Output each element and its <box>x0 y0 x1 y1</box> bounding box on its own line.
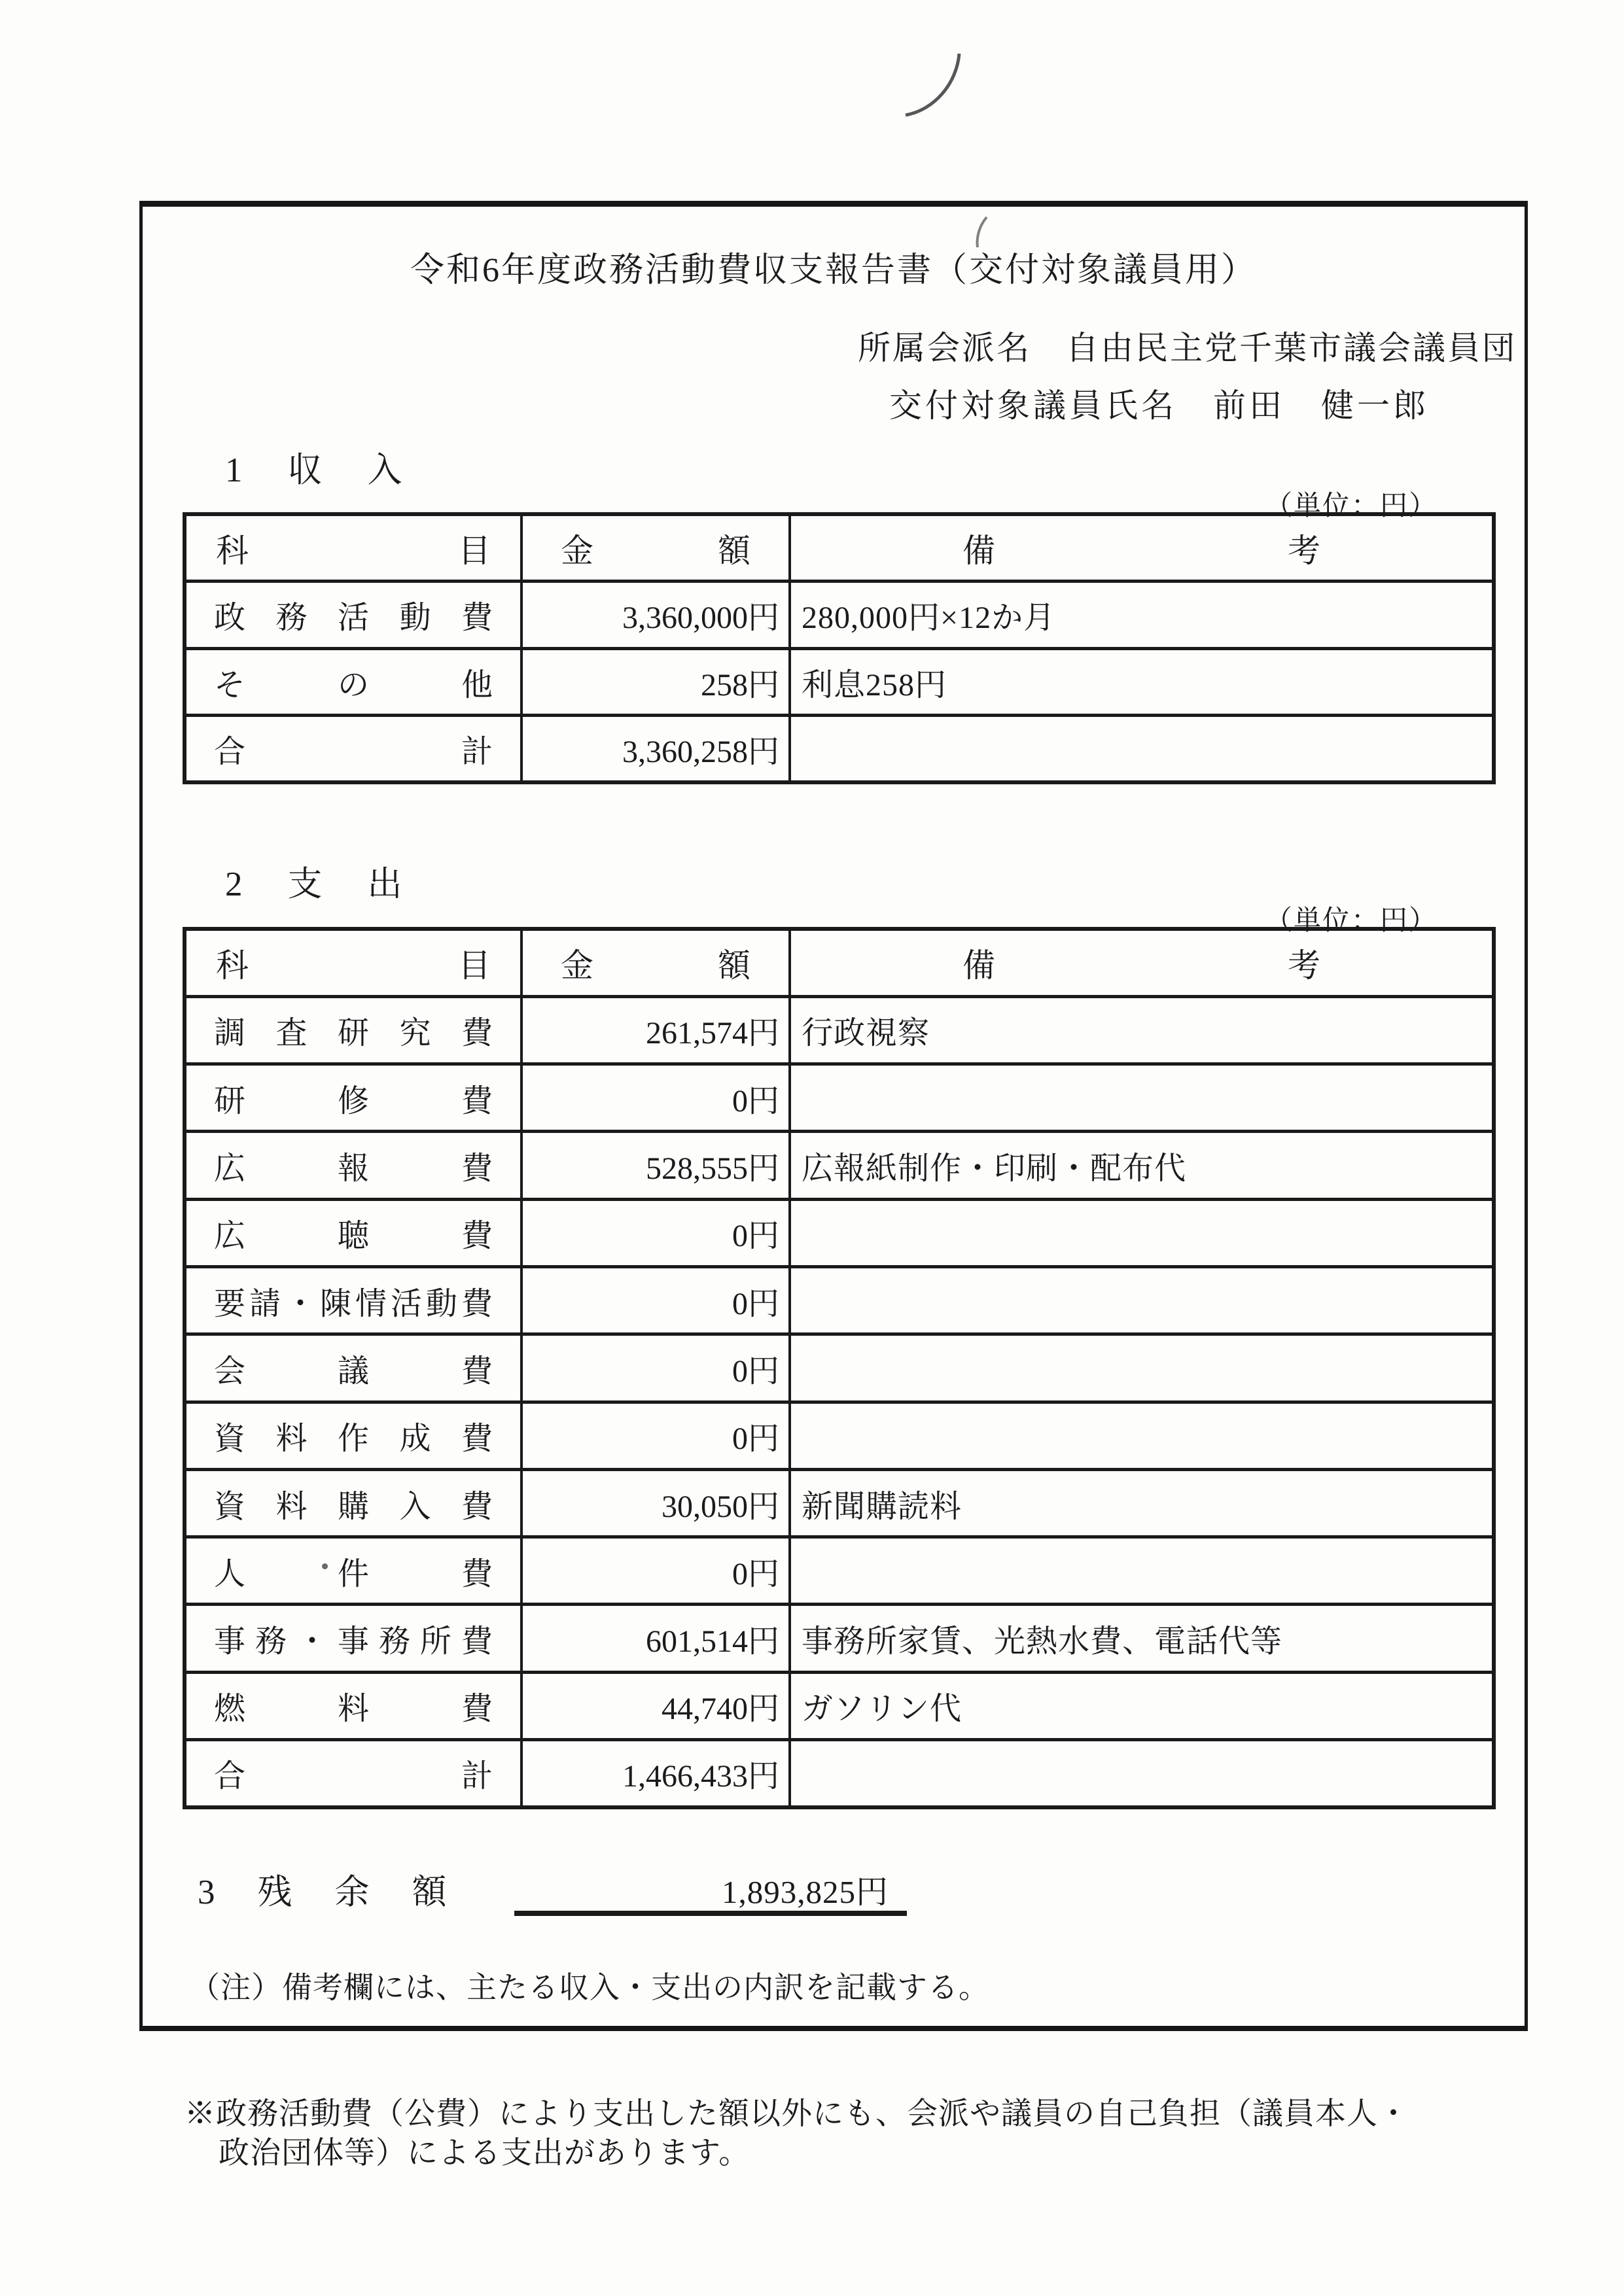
table-row: 燃料費 44,740円 ガソリン代 <box>185 1672 1494 1739</box>
footnote-line: 政治団体等）による支出があります。 <box>185 2134 1513 2173</box>
table-row: 研修費 0円 <box>185 1064 1494 1132</box>
income-table: 科目 金額 備考 政務活動費 3,360,000円 280,000円×12か月 … <box>183 512 1496 784</box>
amount-value: 3,360,258円 <box>521 716 790 783</box>
amount-value: 528,555円 <box>521 1132 790 1199</box>
table-row: 合計 1,466,433円 <box>185 1740 1494 1807</box>
table-row: 要請・陳情活動費 0円 <box>185 1266 1494 1334</box>
amount-value: 3,360,000円 <box>521 582 790 649</box>
column-header-amount: 金額 <box>523 525 788 572</box>
remarks-value <box>790 1266 1494 1334</box>
remarks-value <box>790 716 1494 783</box>
remarks-value: 行政視察 <box>790 996 1494 1064</box>
member-name-line: 交付対象議員氏名 前田 健一郎 <box>889 379 1429 426</box>
self-funding-footnote: ※政務活動費（公費）により支出した額以外にも、会派や議員の自己負担（議員本人・ … <box>185 2095 1513 2173</box>
remarks-value: 新聞購読料 <box>790 1469 1494 1537</box>
amount-value: 44,740円 <box>521 1672 790 1739</box>
amount-value: 0円 <box>521 1064 790 1132</box>
remarks-value <box>790 1199 1494 1266</box>
subject-label: 会議費 <box>186 1346 520 1391</box>
table-row: 政務活動費 3,360,000円 280,000円×12か月 <box>185 582 1494 649</box>
subject-label: 合計 <box>186 1750 520 1796</box>
subject-label: 政務活動費 <box>186 592 520 637</box>
amount-value: 30,050円 <box>521 1469 790 1537</box>
table-row: 資料作成費 0円 <box>185 1402 1494 1469</box>
table-row: その他 258円 利息258円 <box>185 648 1494 716</box>
expenditure-table: 科目 金額 備考 調査研究費 261,574円 行政視察 研修費 0円 広報費 … <box>183 927 1496 1809</box>
remarks-value: 広報紙制作・印刷・配布代 <box>790 1132 1494 1199</box>
remarks-value: 事務所家賃、光熱水費、電話代等 <box>790 1605 1494 1672</box>
footnote-line: ※政務活動費（公費）により支出した額以外にも、会派や議員の自己負担（議員本人・ <box>185 2095 1513 2134</box>
amount-value: 261,574円 <box>521 996 790 1064</box>
expenditure-section-heading: 2 支 出 <box>225 856 408 906</box>
subject-label: 調査研究費 <box>186 1007 520 1052</box>
amount-value: 0円 <box>521 1266 790 1334</box>
remarks-value <box>790 1064 1494 1132</box>
amount-value: 0円 <box>521 1334 790 1402</box>
subject-label: 研修費 <box>186 1075 520 1121</box>
subject-label: 広報費 <box>186 1143 520 1188</box>
page-title: 令和6年度政務活動費収支報告書（交付対象議員用） <box>143 242 1525 291</box>
scan-squiggle-artifact <box>896 46 968 128</box>
column-header-amount: 金額 <box>523 939 788 986</box>
table-row: 広聴費 0円 <box>185 1199 1494 1266</box>
column-header-remarks: 備考 <box>791 525 1492 572</box>
subject-label: 合計 <box>186 726 520 771</box>
subject-label: 人件費 <box>186 1548 520 1593</box>
subject-label: 資料作成費 <box>186 1413 520 1458</box>
table-row: 広報費 528,555円 広報紙制作・印刷・配布代 <box>185 1132 1494 1199</box>
remainder-underline <box>514 1911 907 1916</box>
remarks-value: 280,000円×12か月 <box>790 582 1494 649</box>
subject-label: 事務・事務所費 <box>186 1616 520 1661</box>
column-header-subject: 科目 <box>186 525 520 572</box>
remarks-value <box>790 1402 1494 1469</box>
subject-label: 燃料費 <box>186 1683 520 1728</box>
subject-label: 広聴費 <box>186 1210 520 1255</box>
report-frame: 令和6年度政務活動費収支報告書（交付対象議員用） 所属会派名 自由民主党千葉市議… <box>139 201 1528 2031</box>
column-header-subject: 科目 <box>186 939 520 986</box>
remarks-value <box>790 1740 1494 1807</box>
column-header-remarks: 備考 <box>791 939 1492 986</box>
remarks-value: 利息258円 <box>790 648 1494 716</box>
table-row: 合計 3,360,258円 <box>185 716 1494 783</box>
remarks-value: ガソリン代 <box>790 1672 1494 1739</box>
amount-value: 1,466,433円 <box>521 1740 790 1807</box>
amount-value: 258円 <box>521 648 790 716</box>
table-header-row: 科目 金額 備考 <box>185 929 1494 996</box>
amount-value: 0円 <box>521 1537 790 1605</box>
table-row: 資料購入費 30,050円 新聞購読料 <box>185 1469 1494 1537</box>
table-header-row: 科目 金額 備考 <box>185 514 1494 582</box>
remarks-column-note: （注）備考欄には、主たる収入・支出の内訳を記載する。 <box>190 1964 989 2007</box>
table-row: 人件費 0円 <box>185 1537 1494 1605</box>
amount-value: 0円 <box>521 1199 790 1266</box>
subject-label: その他 <box>186 659 520 704</box>
amount-value: 0円 <box>521 1402 790 1469</box>
subject-label: 資料購入費 <box>186 1481 520 1526</box>
scanned-report-page: 令和6年度政務活動費収支報告書（交付対象議員用） 所属会派名 自由民主党千葉市議… <box>0 0 1624 2296</box>
table-row: 事務・事務所費 601,514円 事務所家賃、光熱水費、電話代等 <box>185 1605 1494 1672</box>
remainder-amount: 1,893,825円 <box>496 1867 889 1913</box>
income-section-heading: 1 収 入 <box>225 442 408 492</box>
faction-name-line: 所属会派名 自由民主党千葉市議会議員団 <box>858 322 1517 369</box>
remainder-heading: 3 残 余 額 <box>198 1864 451 1914</box>
amount-value: 601,514円 <box>521 1605 790 1672</box>
remarks-value <box>790 1537 1494 1605</box>
subject-label: 要請・陳情活動費 <box>186 1278 520 1323</box>
table-row: 調査研究費 261,574円 行政視察 <box>185 996 1494 1064</box>
remarks-value <box>790 1334 1494 1402</box>
table-row: 会議費 0円 <box>185 1334 1494 1402</box>
